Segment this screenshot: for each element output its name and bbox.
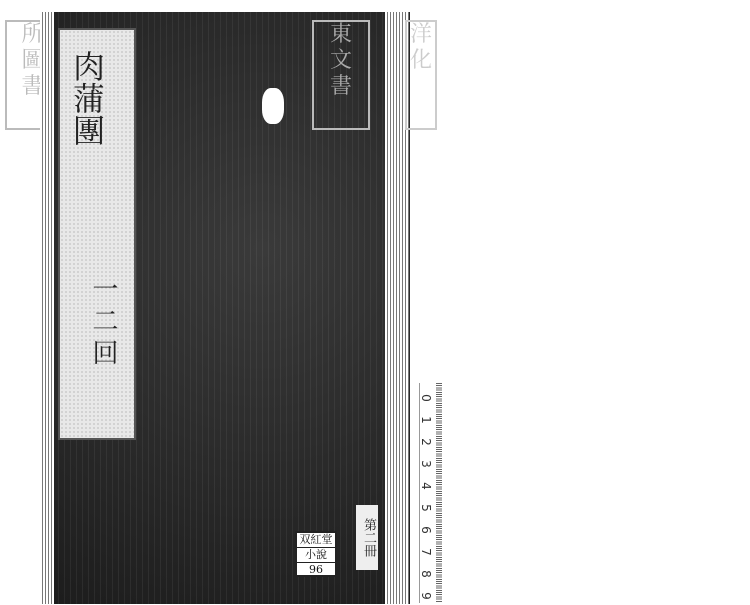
tear-mark bbox=[262, 88, 284, 124]
library-seal-right: 洋化 bbox=[405, 20, 437, 130]
volume-label: 第二冊 bbox=[356, 505, 378, 570]
ruler-tick-label: 9 bbox=[419, 592, 433, 600]
scale-ruler: 0123456789 bbox=[419, 383, 442, 603]
stamp-collection: 双紅堂 bbox=[297, 533, 335, 548]
stamp-number: 96 bbox=[297, 563, 335, 577]
ruler-tick-label: 4 bbox=[419, 482, 433, 490]
ruler-tick-label: 3 bbox=[419, 460, 433, 468]
page-edge-left bbox=[40, 12, 54, 604]
book-title: 肉蒲團 bbox=[82, 50, 118, 146]
ruler-tick-label: 7 bbox=[419, 548, 433, 556]
stamp-category: 小說 bbox=[297, 548, 335, 563]
ruler-tick-label: 8 bbox=[419, 570, 433, 578]
title-slip: 肉蒲團 一二回 bbox=[58, 28, 136, 440]
ruler-tick-label: 0 bbox=[419, 394, 433, 402]
ruler-tick-label: 1 bbox=[419, 416, 433, 424]
ruler-tick-label: 2 bbox=[419, 438, 433, 446]
volume-range: 一二回 bbox=[85, 275, 122, 371]
ruler-tick-label: 6 bbox=[419, 526, 433, 534]
library-seal-center: 東文書 bbox=[312, 20, 370, 130]
library-call-stamp: 双紅堂 小說 96 bbox=[295, 531, 337, 577]
ruler-tick-label: 5 bbox=[419, 504, 433, 512]
